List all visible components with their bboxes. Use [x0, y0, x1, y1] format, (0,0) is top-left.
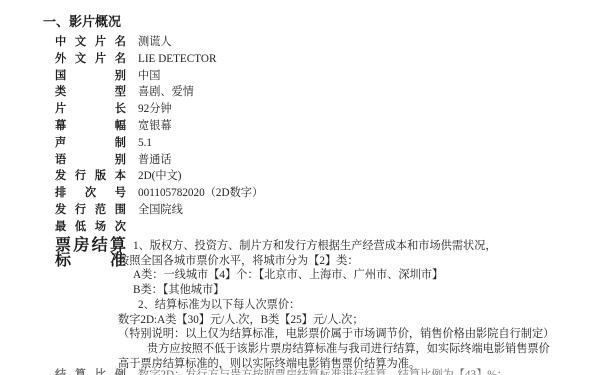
settlement-line: （特别说明：以上仅为结算标准，电影票价属于市场调节价，销售价格由影院自行制定）	[118, 327, 578, 342]
field-row-genre: 类型喜剧、爱情	[55, 84, 263, 101]
field-value: 喜剧、爱情	[138, 86, 194, 98]
field-value: 5.1	[138, 137, 152, 149]
settlement-line: 贵方应按照不低于该影片票房结算标准与我司进行结算，如实际终端电影销售票价	[118, 342, 578, 357]
field-row-foreign-title: 外文片名LIE DETECTOR	[55, 51, 263, 68]
field-value: 92分钟	[138, 103, 172, 115]
settlement-paragraph: 1、版权方、投资方、制片方和发行方根据生产经营成本和市场供需状况， 按照全国各城…	[118, 239, 578, 371]
field-row-sound: 声制5.1	[55, 135, 263, 152]
settlement-line: 数字2D:A类【30】元/人.次，B类【25】元/人.次；	[118, 313, 578, 328]
box-office-settlement-section: 票房结算标准 1、版权方、投资方、制片方和发行方根据生产经营成本和市场供需状况，…	[55, 239, 578, 371]
settlement-line: 2、结算标准为以下每人次票价：	[118, 298, 578, 313]
settlement-label: 票房结算标准	[55, 239, 126, 268]
field-label: 排次号	[55, 185, 126, 202]
field-value: 2D(中文)	[138, 170, 182, 182]
settlement-line: B类：【其他城市】	[118, 283, 578, 298]
field-row-chinese-title: 中文片名测谎人	[55, 34, 263, 51]
field-value: 普通话	[138, 154, 172, 166]
field-label: 中文片名	[55, 34, 126, 51]
field-row-screen-format: 幕幅宽银幕	[55, 118, 263, 135]
field-value: 001105782020（2D数字）	[138, 187, 263, 199]
field-row-distribution-scope: 发行范围全国院线	[55, 202, 263, 219]
field-label: 片长	[55, 101, 126, 118]
field-row-release-version: 发行版本2D(中文)	[55, 168, 263, 185]
field-row-serial-number: 排次号001105782020（2D数字）	[55, 185, 263, 202]
bottom-clipped-row: 结算比例数字2D：发行方与贵方按照票房结算标准进行结算，结算比例为【43】%；	[55, 368, 508, 375]
field-row-country: 国别中国	[55, 68, 263, 85]
field-value: 宽银幕	[138, 120, 172, 132]
field-label: 国别	[55, 68, 126, 85]
field-row-language: 语别普通话	[55, 152, 263, 169]
field-label: 外文片名	[55, 51, 126, 68]
field-row-minimum-screenings: 最低场次	[55, 219, 263, 236]
field-value: 测谎人	[138, 36, 172, 48]
film-info-list: 中文片名测谎人 外文片名LIE DETECTOR 国别中国 类型喜剧、爱情 片长…	[55, 34, 263, 236]
field-label: 结算比例	[55, 368, 126, 375]
field-row-runtime: 片长92分钟	[55, 101, 263, 118]
field-label: 幕幅	[55, 118, 126, 135]
field-value: LIE DETECTOR	[138, 53, 216, 65]
field-label: 最低场次	[55, 219, 126, 236]
settlement-line: 按照全国各城市票价水平，将城市分为【2】类：	[118, 254, 578, 269]
field-label: 类型	[55, 84, 126, 101]
section-heading: 一、影片概况	[43, 11, 121, 30]
document-page: 一、影片概况 中文片名测谎人 外文片名LIE DETECTOR 国别中国 类型喜…	[0, 0, 600, 375]
field-label: 声制	[55, 135, 126, 152]
field-value: 数字2D：发行方与贵方按照票房结算标准进行结算，结算比例为【43】%；	[138, 369, 508, 375]
field-label: 发行版本	[55, 168, 126, 185]
field-label: 发行范围	[55, 202, 126, 219]
field-value: 中国	[138, 70, 160, 82]
field-label: 语别	[55, 152, 126, 169]
field-value: 全国院线	[138, 204, 183, 216]
settlement-line: 1、版权方、投资方、制片方和发行方根据生产经营成本和市场供需状况，	[118, 239, 578, 254]
settlement-line: A类：一线城市【4】个：【北京市、上海市、广州市、深圳市】	[118, 268, 578, 283]
